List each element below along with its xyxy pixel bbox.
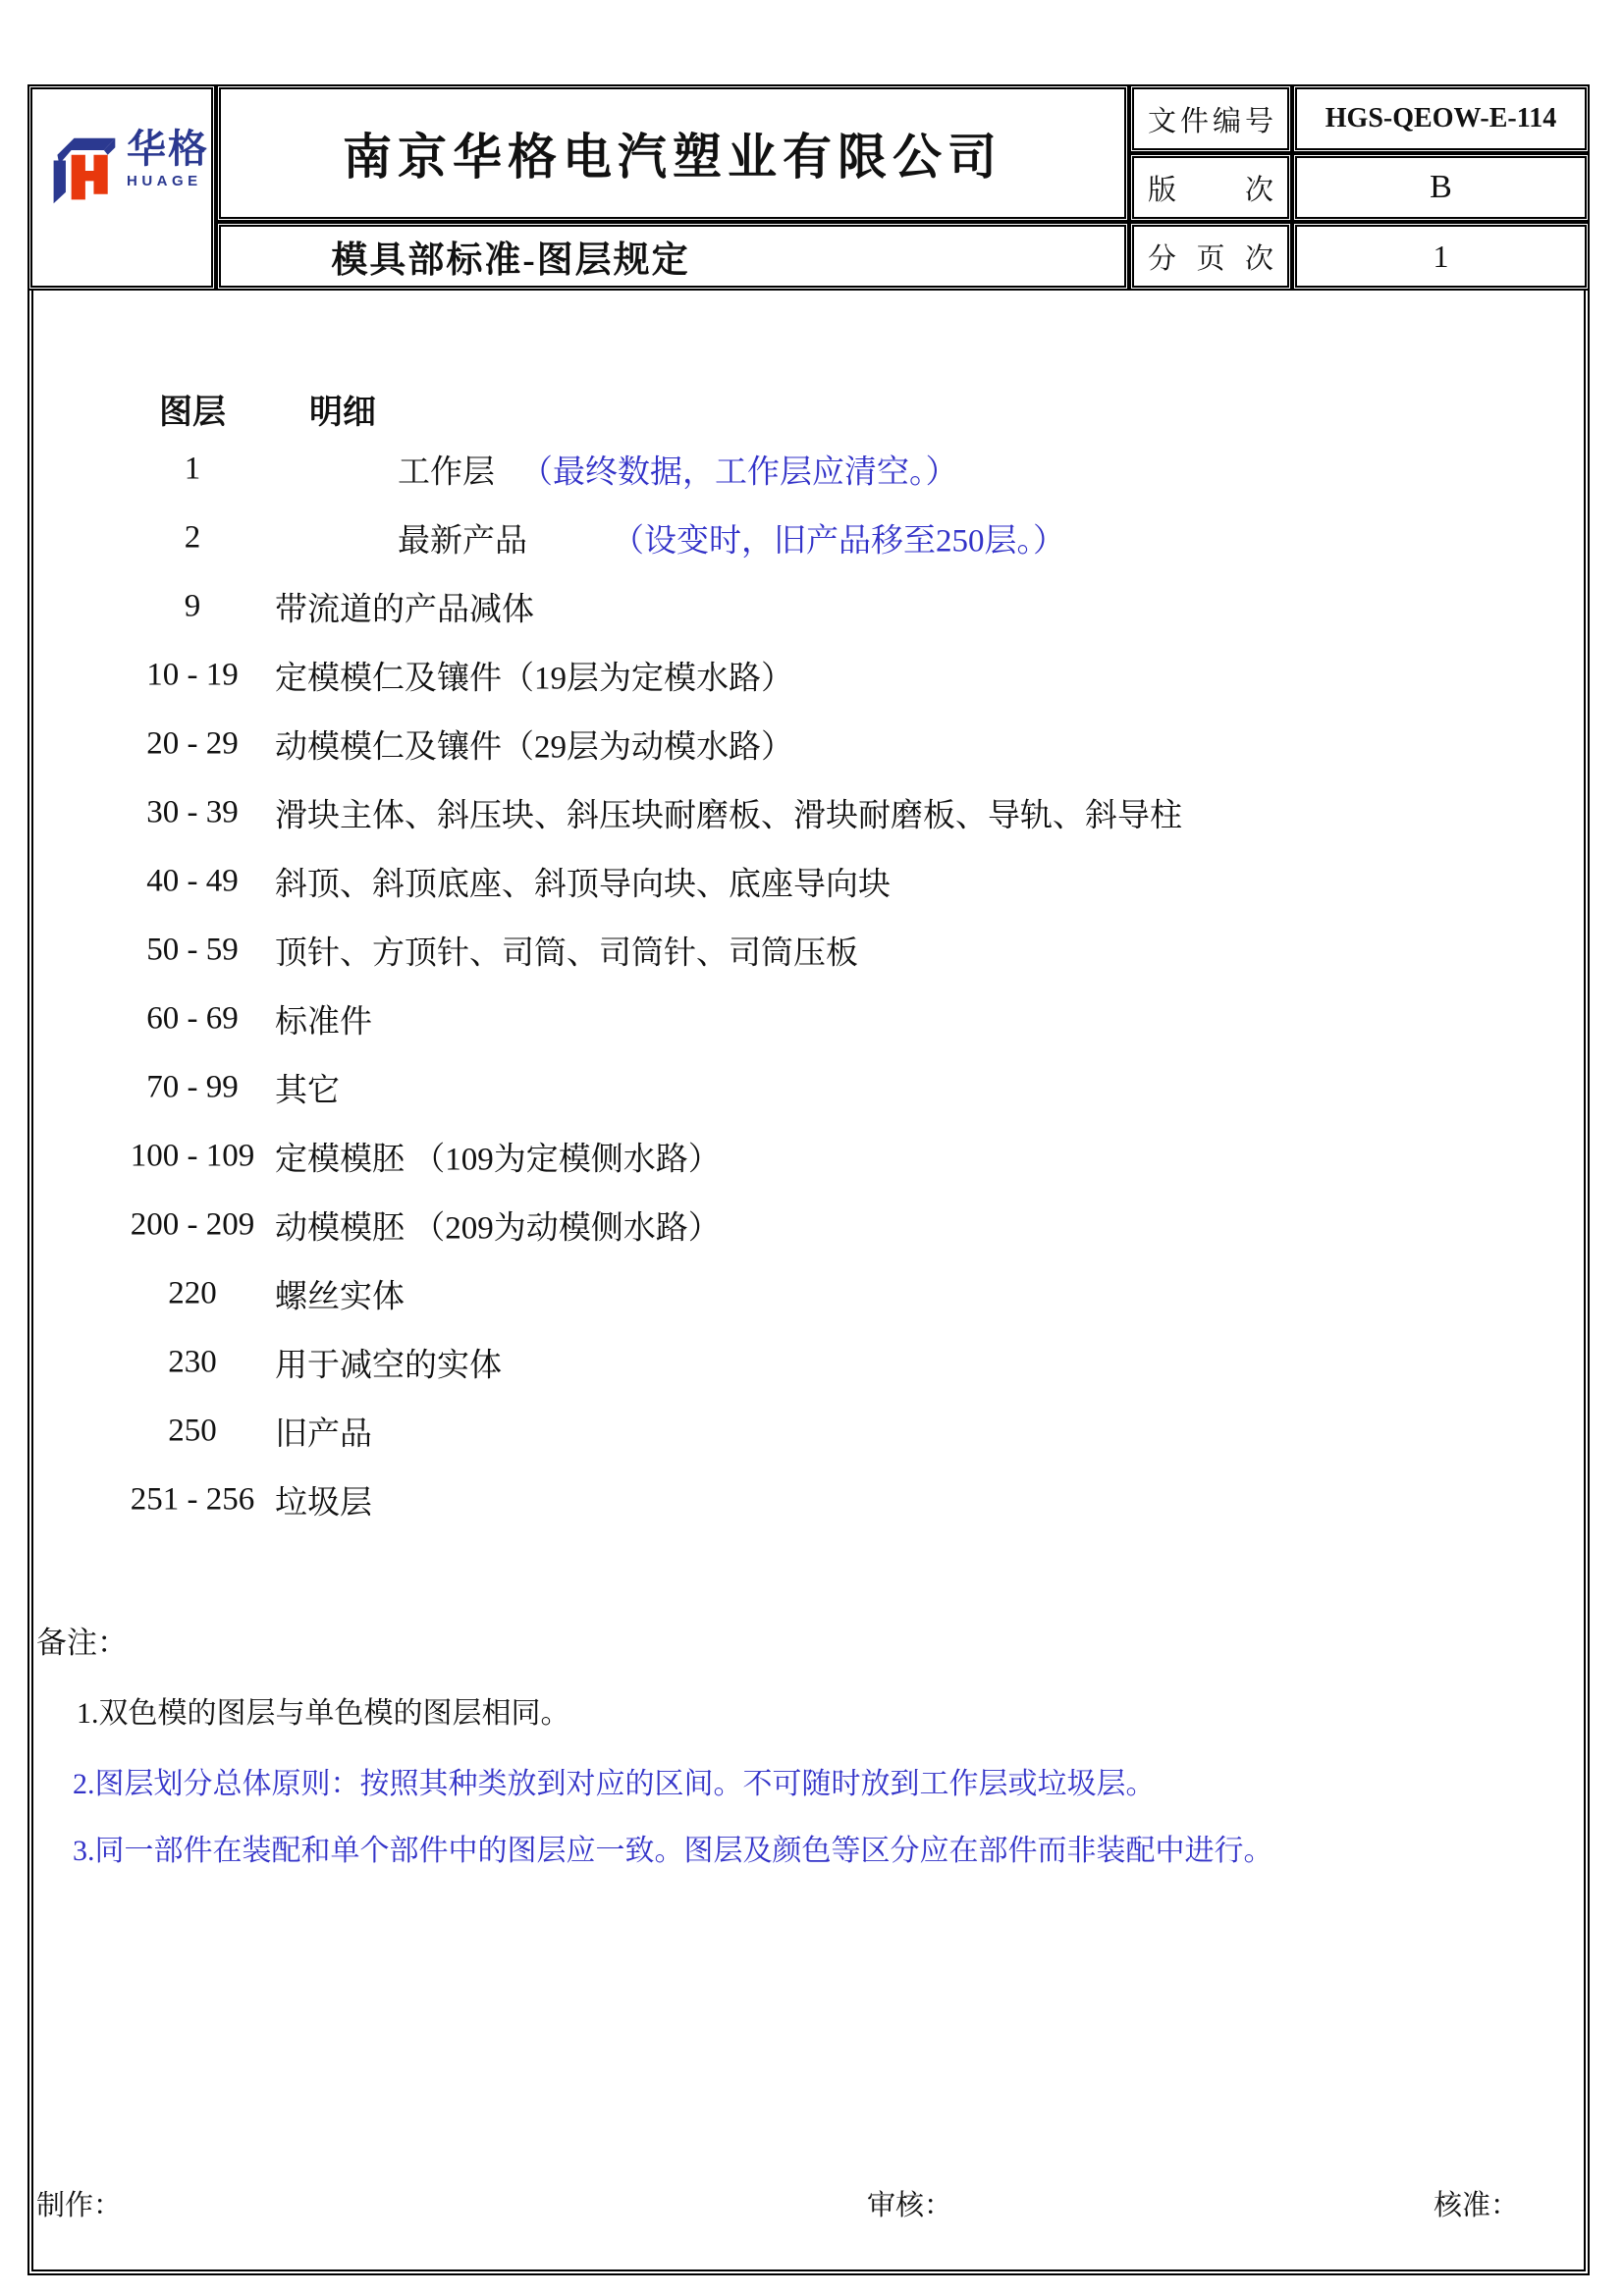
layer-row: 251 - 256 垃圾层: [33, 1466, 1584, 1534]
layer-row: 9 带流道的产品减体: [33, 572, 1584, 641]
layer-row: 10 - 19 定模模仁及镶件（19层为定模水路）: [33, 641, 1584, 710]
field-value-page-number: 1: [1292, 222, 1590, 291]
layer-number: 1: [88, 452, 297, 488]
logo-latin-label: HUAGE: [127, 173, 209, 189]
layer-desc: 螺丝实体: [275, 1271, 405, 1317]
layer-number: 30 - 39: [88, 795, 297, 831]
layer-number: 20 - 29: [88, 726, 297, 763]
layer-desc: 工作层（最终数据，工作层应清空。）: [398, 447, 958, 493]
remark-item: 2.图层划分总体原则：按照其种类放到对应的区间。不可随时放到工作层或垃圾层。: [73, 1759, 1156, 1802]
layer-row: 230 用于减空的实体: [33, 1328, 1584, 1397]
field-label-page-number: 分页次: [1129, 222, 1292, 291]
content-box: 图层 明细 1 工作层（最终数据，工作层应清空。） 2 最新产品（设变时，旧产品…: [27, 291, 1590, 2275]
header-table: 华格 HUAGE 南京华格电汽塑业有限公司 模具部标准-图层规定 文件编号 HG…: [27, 84, 1590, 291]
layer-note: （设变时，旧产品移至250层。）: [612, 524, 1065, 560]
remarks-title: 备注：: [36, 1618, 128, 1662]
layer-number: 70 - 99: [88, 1070, 297, 1106]
column-header-detail: 明细: [309, 385, 376, 433]
layer-desc: 最新产品（设变时，旧产品移至250层。）: [398, 515, 1065, 561]
field-label-doc-number: 文件编号: [1129, 84, 1292, 153]
layer-row: 70 - 99 其它: [33, 1053, 1584, 1122]
layer-desc: 带流道的产品减体: [275, 584, 534, 630]
footer-review-label: 审核：: [867, 2183, 952, 2223]
footer-make-label: 制作：: [36, 2183, 122, 2223]
layer-row: 40 - 49 斜顶、斜顶底座、斜顶导向块、底座导向块: [33, 847, 1584, 916]
footer-approve-label: 核准：: [1434, 2183, 1519, 2223]
layer-number: 230: [88, 1345, 297, 1381]
layer-table-header: 图层 明细: [33, 385, 1584, 430]
layer-number: 250: [88, 1414, 297, 1450]
layer-number: 100 - 109: [88, 1139, 297, 1175]
layer-row: 2 最新产品（设变时，旧产品移至250层。）: [33, 504, 1584, 572]
layer-desc: 斜顶、斜顶底座、斜顶导向块、底座导向块: [275, 859, 891, 905]
remark-item: 1.双色模的图层与单色模的图层相同。: [77, 1688, 570, 1732]
layer-desc: 顶针、方顶针、司筒、司筒针、司筒压板: [275, 928, 858, 974]
layer-desc: 标准件: [275, 996, 372, 1042]
layer-row: 20 - 29 动模模仁及镶件（29层为动模水路）: [33, 710, 1584, 778]
field-label-version: 版次: [1129, 153, 1292, 222]
logo-cell: 华格 HUAGE: [27, 84, 216, 291]
layer-desc: 定模模仁及镶件（19层为定模水路）: [275, 653, 793, 699]
layer-desc: 垃圾层: [275, 1477, 372, 1523]
layer-number: 10 - 19: [88, 658, 297, 694]
layer-desc: 用于减空的实体: [275, 1340, 502, 1386]
column-header-layer: 图层: [88, 385, 297, 433]
layer-table: 1 工作层（最终数据，工作层应清空。） 2 最新产品（设变时，旧产品移至250层…: [33, 435, 1584, 1534]
layer-row: 220 螺丝实体: [33, 1259, 1584, 1328]
layer-note: （最终数据，工作层应清空。）: [520, 455, 958, 491]
layer-number: 2: [88, 520, 297, 557]
layer-number: 60 - 69: [88, 1001, 297, 1038]
layer-row: 100 - 109 定模模胚 （109为定模侧水路）: [33, 1122, 1584, 1191]
company-name-cell: 南京华格电汽塑业有限公司: [216, 84, 1129, 222]
layer-desc: 定模模胚 （109为定模侧水路）: [275, 1134, 721, 1180]
layer-desc: 其它: [275, 1065, 340, 1111]
layer-row: 1 工作层（最终数据，工作层应清空。）: [33, 435, 1584, 504]
huage-logo-icon: [46, 133, 121, 207]
layer-desc: 旧产品: [275, 1409, 372, 1455]
layer-desc: 动模模胚 （209为动模侧水路）: [275, 1202, 721, 1249]
company-name: 南京华格电汽塑业有限公司: [343, 118, 1002, 188]
layer-row: 30 - 39 滑块主体、斜压块、斜压块耐磨板、滑块耐磨板、导轨、斜导柱: [33, 778, 1584, 847]
field-value-doc-number: HGS-QEOW-E-114: [1292, 84, 1590, 153]
layer-number: 200 - 209: [88, 1207, 297, 1244]
layer-number: 9: [88, 589, 297, 625]
layer-row: 60 - 69 标准件: [33, 985, 1584, 1053]
layer-row: 250 旧产品: [33, 1397, 1584, 1466]
logo-chinese-label: 华格: [127, 129, 209, 170]
layer-row: 50 - 59 顶针、方顶针、司筒、司筒针、司筒压板: [33, 916, 1584, 985]
layer-number: 220: [88, 1276, 297, 1312]
layer-number: 251 - 256: [88, 1482, 297, 1519]
layer-number: 50 - 59: [88, 933, 297, 969]
signature-footer: 制作： 审核： 核准：: [33, 2183, 1584, 2222]
field-value-version: B: [1292, 153, 1590, 222]
doc-title-cell: 模具部标准-图层规定: [216, 222, 1129, 291]
document-page: 华格 HUAGE 南京华格电汽塑业有限公司 模具部标准-图层规定 文件编号 HG…: [0, 0, 1623, 2296]
layer-number: 40 - 49: [88, 864, 297, 900]
page-title: 模具部标准-图层规定: [331, 230, 689, 283]
layer-row: 200 - 209 动模模胚 （209为动模侧水路）: [33, 1191, 1584, 1259]
logo-text: 华格 HUAGE: [127, 129, 209, 189]
layer-desc: 滑块主体、斜压块、斜压块耐磨板、滑块耐磨板、导轨、斜导柱: [275, 790, 1182, 836]
layer-desc: 动模模仁及镶件（29层为动模水路）: [275, 721, 793, 768]
remark-item: 3.同一部件在装配和单个部件中的图层应一致。图层及颜色等区分应在部件而非装配中进…: [73, 1826, 1273, 1869]
